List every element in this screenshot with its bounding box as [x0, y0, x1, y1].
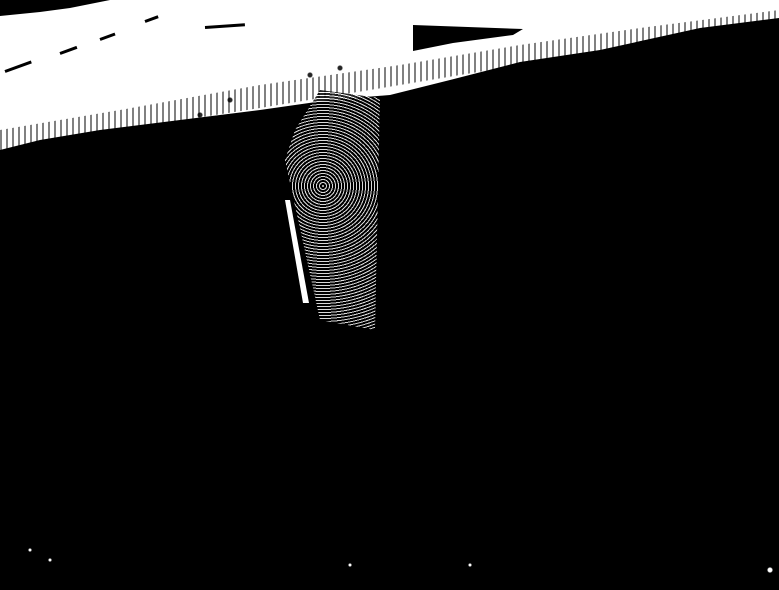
bright-upper-area [0, 0, 779, 590]
bottom-specks [0, 540, 779, 590]
photo-scene [0, 0, 779, 590]
textured-upright-object [285, 90, 380, 330]
